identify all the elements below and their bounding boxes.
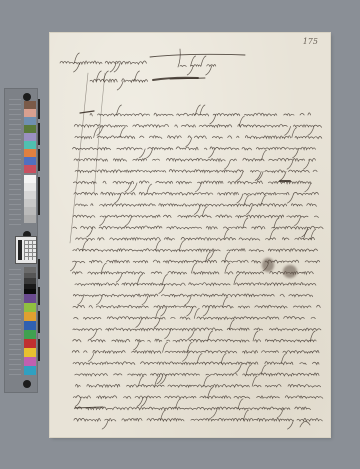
gray-ramp-swatches — [24, 175, 36, 223]
color-swatch — [24, 348, 36, 357]
color-swatch — [24, 339, 36, 348]
color-swatch — [24, 165, 36, 173]
color-swatch — [24, 215, 36, 223]
color-swatch — [24, 294, 36, 303]
manuscript-page: 175 — [50, 33, 330, 437]
color-swatch — [24, 101, 36, 109]
color-swatch — [24, 157, 36, 165]
color-swatch — [24, 366, 36, 375]
color-calibration-strip — [4, 88, 38, 393]
color-swatch — [24, 303, 36, 312]
handwritten-text — [50, 33, 330, 437]
upper-color-swatches — [24, 101, 36, 173]
color-swatch — [24, 133, 36, 141]
color-swatch — [24, 183, 36, 191]
mount-hole-icon — [23, 93, 31, 101]
color-swatch — [24, 117, 36, 125]
dark-ramp-swatches — [24, 267, 36, 295]
color-swatch — [24, 330, 36, 339]
color-swatch — [24, 191, 36, 199]
color-swatch — [24, 125, 36, 133]
color-swatch — [24, 149, 36, 157]
scale-label — [15, 236, 37, 264]
color-swatch — [24, 312, 36, 321]
lower-color-swatches — [24, 294, 36, 375]
color-swatch — [24, 199, 36, 207]
ink-stain — [283, 265, 297, 278]
color-swatch — [24, 109, 36, 117]
color-swatch — [24, 175, 36, 183]
ink-stain — [262, 258, 274, 272]
color-swatch — [24, 141, 36, 149]
color-swatch — [24, 207, 36, 215]
color-swatch — [24, 321, 36, 330]
color-swatch — [24, 357, 36, 366]
mount-hole-icon — [23, 380, 31, 388]
